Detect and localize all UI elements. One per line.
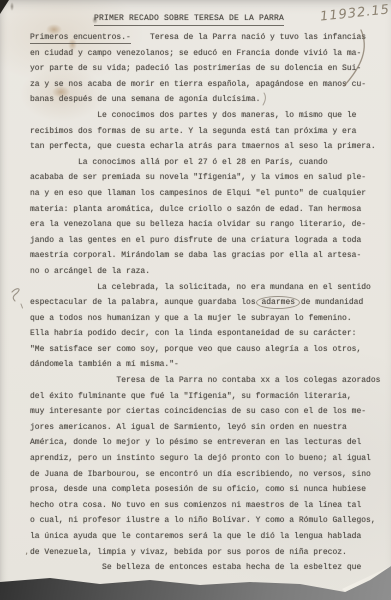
text-segment: jores americanos. Al igual de Sarmiento,… bbox=[30, 423, 347, 432]
paper-sheet: PRIMER RECADO SOBRE TERESA DE LA PARRA P… bbox=[0, 0, 391, 600]
typescript-line: Le conocimos dos partes y dos maneras, l… bbox=[30, 108, 386, 124]
text-segment: na y en eso que llaman los campesinos de… bbox=[30, 189, 366, 198]
typescript-line: acababa de ser premiada su novela "Ifige… bbox=[30, 170, 386, 186]
text-segment: del éxito fulminante que fué la "Ifigeni… bbox=[30, 392, 352, 401]
typescript-line: que a todos nos humanizan y que a la muj… bbox=[30, 311, 386, 327]
text-segment: banas después de una semana de agonía du… bbox=[30, 95, 260, 104]
text-segment: materia: planta aromática, dulce criollo… bbox=[30, 205, 361, 214]
typescript-line: Ella habría podido decir, con la linda e… bbox=[30, 326, 386, 342]
typescript-line: banas después de una semana de agonía du… bbox=[30, 92, 386, 108]
typescript-line: yor parte de su vida; padeció las postri… bbox=[30, 61, 386, 77]
text-segment: espectacular de la palabra, aunque guard… bbox=[30, 298, 260, 307]
text-segment: hecho otra cosa. No tuvo en sus comienzo… bbox=[30, 501, 361, 510]
typescript-line: dándomela también a mí misma."- bbox=[30, 357, 386, 373]
text-segment: era la venezolana que su belleza hacía o… bbox=[30, 220, 366, 229]
circled-word: adarmes bbox=[256, 296, 300, 309]
typescript-line: la única ayuda que le contaremos será la… bbox=[30, 529, 386, 545]
text-segment: acababa de ser premiada su novela "Ifige… bbox=[30, 173, 366, 182]
typescript-line: La celebrada, la solicitada, no era mund… bbox=[30, 280, 386, 296]
text-segment: de Venezuela, limpia y vivaz, bebida por… bbox=[30, 548, 347, 557]
typescript-line: Teresa de la Parra no contaba xx a los c… bbox=[30, 373, 386, 389]
text-segment: en ciudad y campo venezolanos; se educó … bbox=[30, 49, 361, 58]
typescript-line: "Me satisface ser como soy, porque veo q… bbox=[30, 342, 386, 358]
text-segment: La celebrada, la solicitada, no era mund… bbox=[30, 283, 371, 292]
typescript-line: maestría corporal. Mirándolam se daba la… bbox=[30, 248, 386, 264]
text-segment: o cual, ni profesor ilustre a lo niño Bo… bbox=[30, 516, 376, 525]
typescript-line: tan perfecta, que cuesta echarla atrás p… bbox=[30, 139, 386, 155]
text-segment: yor parte de su vida; padeció las postri… bbox=[30, 64, 361, 73]
pencil-comma-mark: , bbox=[25, 546, 28, 557]
text-segment: recibimos dos formas de su arte. Y la se… bbox=[30, 127, 356, 136]
pencil-margin-squiggle-comma bbox=[21, 304, 23, 308]
text-segment: Ella habría podido decir, con la linda e… bbox=[30, 329, 356, 338]
scanned-page: { "page": { "archival_number": "11932.15… bbox=[0, 0, 391, 600]
text-segment: "Me satisface ser como soy, porque veo q… bbox=[30, 345, 361, 354]
typescript-line: muy interesante por ciertas coincidencia… bbox=[30, 404, 386, 420]
text-segment: de Juana de Ibarbourou, se encontró un d… bbox=[30, 470, 371, 479]
text-segment: la única ayuda que le contaremos será la… bbox=[30, 532, 361, 541]
typescript-line: na y en eso que llaman los campesinos de… bbox=[30, 186, 386, 202]
text-segment: Teresa de la Parra nació y tuvo las infa… bbox=[131, 33, 366, 42]
typescript-line: hecho otra cosa. No tuvo en sus comienzo… bbox=[30, 498, 386, 514]
text-segment: za y se nos acaba de morir en tierra esp… bbox=[30, 80, 366, 89]
typescript-line: La conocimos allá por el 27 ó el 28 en P… bbox=[30, 155, 386, 171]
typescript-line: del éxito fulminante que fué la "Ifigeni… bbox=[30, 389, 386, 405]
typescript-line: jando a las gentes en el puro disfrute d… bbox=[30, 233, 386, 249]
text-segment: prosa, desde una completa posesión de su… bbox=[30, 485, 366, 494]
typescript-line: aprendiz, pero un instinto seguro la dej… bbox=[30, 451, 386, 467]
typescript-line: de Venezuela, limpia y vivaz, bebida por… bbox=[30, 545, 386, 561]
typescript-line: recibimos dos formas de su arte. Y la se… bbox=[30, 124, 386, 140]
text-segment: Se belleza de entonces estaba hecha de l… bbox=[30, 563, 361, 572]
text-segment: La conocimos allá por el 27 ó el 28 en P… bbox=[30, 158, 328, 167]
typescript-line: materia: planta aromática, dulce criollo… bbox=[30, 202, 386, 218]
typescript-line: no o arcángel de la raza. bbox=[30, 264, 386, 280]
typescript-line: jores americanos. Al igual de Sarmiento,… bbox=[30, 420, 386, 436]
text-segment: no o arcángel de la raza. bbox=[30, 267, 150, 276]
text-segment: jando a las gentes en el puro disfrute d… bbox=[30, 236, 361, 245]
text-segment: Primeros encuentros.- bbox=[30, 33, 131, 44]
typescript-line: Primeros encuentros.- Teresa de la Parra… bbox=[30, 30, 386, 46]
typescript-body: Primeros encuentros.- Teresa de la Parra… bbox=[30, 30, 386, 576]
text-segment: aprendiz, pero un instinto seguro la dej… bbox=[30, 454, 371, 463]
typescript-line: prosa, desde una completa posesión de su… bbox=[30, 482, 386, 498]
typescript-line: za y se nos acaba de morir en tierra esp… bbox=[30, 77, 386, 93]
text-segment: de mundanidad bbox=[296, 298, 363, 307]
pencil-margin-squiggle bbox=[12, 289, 19, 301]
pencil-tick-mark bbox=[10, 2, 14, 11]
typescript-line: de Juana de Ibarbourou, se encontró un d… bbox=[30, 467, 386, 483]
typescript-line: espectacular de la palabra, aunque guard… bbox=[30, 295, 386, 311]
text-segment: tan perfecta, que cuesta echarla atrás p… bbox=[30, 142, 376, 151]
text-segment: Le conocimos dos partes y dos maneras, l… bbox=[30, 111, 356, 120]
typescript-line: o cual, ni profesor ilustre a lo niño Bo… bbox=[30, 513, 386, 529]
text-segment: dándomela también a mí misma."- bbox=[30, 360, 179, 369]
typescript-line: América, donde lo mejor y lo pésimo se e… bbox=[30, 435, 386, 451]
text-segment: que a todos nos humanizan y que a la muj… bbox=[30, 314, 352, 323]
typescript-line: Se belleza de entonces estaba hecha de l… bbox=[30, 560, 386, 576]
typescript-line: era la venezolana que su belleza hacía o… bbox=[30, 217, 386, 233]
document-title-text: PRIMER RECADO SOBRE TERESA DE LA PARRA bbox=[94, 14, 284, 26]
text-segment: Teresa de la Parra no contaba xx a los c… bbox=[30, 376, 380, 385]
text-segment: América, donde lo mejor y lo pésimo se e… bbox=[30, 438, 361, 447]
text-segment: muy interesante por ciertas coincidencia… bbox=[30, 407, 366, 416]
typescript-line: en ciudad y campo venezolanos; se educó … bbox=[30, 46, 386, 62]
text-segment: maestría corporal. Mirándolam se daba la… bbox=[30, 251, 361, 260]
